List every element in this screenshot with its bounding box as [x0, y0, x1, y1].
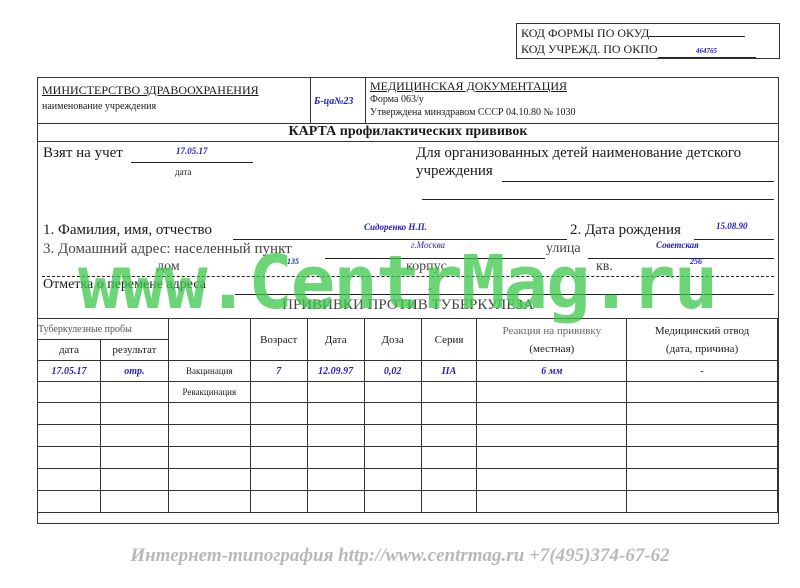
vaccination-table: Туберкулезные пробы Возраст Дата Доза Се… — [37, 318, 778, 513]
cell-exemption[interactable] — [627, 382, 778, 403]
cell-exemption[interactable]: - — [627, 361, 778, 382]
cell-series[interactable] — [421, 447, 477, 469]
address-label: 3. Домашний адрес: населенный пункт — [43, 241, 292, 258]
cell-age[interactable] — [250, 447, 307, 469]
cell-date[interactable] — [38, 425, 101, 447]
cell-series[interactable] — [421, 469, 477, 491]
form-code-box: КОД ФОРМЫ ПО ОКУД КОД УЧРЕЖД. ПО ОКПО464… — [516, 23, 780, 59]
building-label: корпус — [406, 259, 447, 275]
okud-row: КОД ФОРМЫ ПО ОКУД — [521, 26, 745, 41]
okpo-field[interactable]: 464765 — [658, 42, 756, 58]
date-header: дата — [38, 340, 101, 361]
street-value: Советская — [656, 240, 699, 250]
cell-dose[interactable]: 0,02 — [364, 361, 421, 382]
section-title: ПРИВИВКИ ПРОТИВ ТУБЕРКУЛЕЗА — [0, 297, 800, 314]
cell-dose[interactable] — [364, 469, 421, 491]
exemption-header-line1: Медицинский отвод — [627, 322, 777, 340]
cell-result[interactable] — [100, 425, 168, 447]
okud-label: КОД ФОРМЫ ПО ОКУД — [521, 26, 649, 40]
org-institution-field-2[interactable] — [422, 183, 774, 200]
fio-label: 1. Фамилия, имя, отчество — [43, 222, 212, 239]
okud-field[interactable] — [649, 36, 745, 37]
org-children-label-2: учреждения — [416, 163, 493, 180]
cell-vdate[interactable] — [307, 425, 364, 447]
divider — [310, 77, 311, 123]
dob-value: 15.08.90 — [716, 221, 748, 231]
dob-label: 2. Дата рождения — [570, 222, 681, 239]
cell-reaction[interactable]: 6 мм — [477, 361, 627, 382]
apt-label: кв. — [596, 259, 613, 275]
institution-value: Б-ца№23 — [314, 96, 353, 107]
cell-type[interactable] — [168, 403, 250, 425]
ministry-name: МИНИСТЕРСТВО ЗДРАВООХРАНЕНИЯ — [42, 83, 259, 98]
cell-result[interactable] — [100, 469, 168, 491]
exemption-header: Медицинский отвод(дата, причина) — [627, 319, 778, 361]
cell-reaction[interactable] — [477, 403, 627, 425]
registered-label: Взят на учет — [43, 145, 123, 162]
okpo-row: КОД УЧРЕЖД. ПО ОКПО464765 — [521, 42, 756, 58]
cell-result[interactable] — [100, 447, 168, 469]
cell-reaction[interactable] — [477, 469, 627, 491]
cell-date[interactable] — [38, 491, 101, 513]
cell-date[interactable]: 17.05.17 — [38, 361, 101, 382]
registered-value: 17.05.17 — [176, 146, 208, 156]
cell-date[interactable] — [38, 447, 101, 469]
cell-dose[interactable] — [364, 447, 421, 469]
cell-reaction[interactable] — [477, 425, 627, 447]
cell-series[interactable] — [421, 403, 477, 425]
result-header: результат — [100, 340, 168, 361]
cell-result[interactable]: отр. — [100, 361, 168, 382]
table-row — [38, 469, 778, 491]
house-label: дом — [157, 259, 180, 275]
dose-header: Доза — [364, 319, 421, 361]
reaction-header-line2: (местная) — [477, 340, 626, 358]
cell-vdate[interactable] — [307, 382, 364, 403]
tb-tests-header: Туберкулезные пробы — [38, 319, 169, 340]
age-header: Возраст — [250, 319, 307, 361]
okpo-label: КОД УЧРЕЖД. ПО ОКПО — [521, 42, 658, 56]
cell-result[interactable] — [100, 382, 168, 403]
table-row — [38, 403, 778, 425]
table-row: 17.05.17отр.Вакцинация712.09.970,02IIA6 … — [38, 361, 778, 382]
cell-series[interactable]: IIA — [421, 361, 477, 382]
table-header-row: Туберкулезные пробы Возраст Дата Доза Се… — [38, 319, 778, 340]
org-institution-field[interactable] — [502, 163, 774, 182]
cell-series[interactable] — [421, 382, 477, 403]
house-value[interactable]: 135 — [287, 257, 299, 266]
cell-exemption[interactable] — [627, 469, 778, 491]
cell-vdate[interactable]: 12.09.97 — [307, 361, 364, 382]
cell-dose[interactable] — [364, 382, 421, 403]
approval-text: Утверждена минздравом СССР 04.10.80 № 10… — [370, 107, 576, 118]
address-change-field[interactable] — [235, 277, 774, 295]
cell-date[interactable] — [38, 469, 101, 491]
table-row — [38, 447, 778, 469]
table-row — [38, 491, 778, 513]
fio-value: Сидоренко Н.П. — [364, 222, 427, 232]
series-header: Серия — [421, 319, 477, 361]
cell-type[interactable] — [168, 469, 250, 491]
cell-exemption[interactable] — [627, 425, 778, 447]
cell-vdate[interactable] — [307, 447, 364, 469]
form-number: Форма 063/у — [370, 94, 424, 105]
cell-dose[interactable] — [364, 425, 421, 447]
building-value: - — [428, 281, 432, 296]
cell-date[interactable] — [38, 382, 101, 403]
exemption-header-line2: (дата, причина) — [627, 340, 777, 358]
institution-label: наименование учреждения — [42, 101, 156, 112]
okpo-value: 464765 — [696, 47, 717, 55]
cell-series[interactable] — [421, 491, 477, 513]
divider — [365, 77, 366, 123]
cell-age[interactable] — [250, 491, 307, 513]
cell-exemption[interactable] — [627, 447, 778, 469]
registered-sub: дата — [175, 167, 191, 177]
divider — [37, 141, 779, 142]
cell-result[interactable] — [100, 491, 168, 513]
street-label: улица — [546, 241, 581, 257]
cell-dose[interactable] — [364, 403, 421, 425]
apt-value[interactable]: 256 — [690, 257, 702, 266]
cell-age[interactable] — [250, 403, 307, 425]
cell-dose[interactable] — [364, 491, 421, 513]
cell-vdate[interactable] — [307, 469, 364, 491]
cell-series[interactable] — [421, 425, 477, 447]
cell-exemption[interactable] — [627, 403, 778, 425]
cell-result[interactable] — [100, 403, 168, 425]
table-row: Ревакцинация — [38, 382, 778, 403]
cell-vdate[interactable] — [307, 491, 364, 513]
table-row — [38, 425, 778, 447]
cell-age[interactable] — [250, 382, 307, 403]
reaction-header-line1: Реакция на прививку — [477, 322, 626, 340]
cell-type[interactable]: Ревакцинация — [168, 382, 250, 403]
cell-exemption[interactable] — [627, 491, 778, 513]
address-change-label: Отметка о перемене адреса — [43, 277, 206, 293]
cell-reaction[interactable] — [477, 491, 627, 513]
type-header — [168, 319, 250, 361]
cell-age[interactable] — [250, 425, 307, 447]
reaction-header: Реакция на прививку(местная) — [477, 319, 627, 361]
med-doc-title: МЕДИЦИНСКАЯ ДОКУМЕНТАЦИЯ — [370, 79, 567, 94]
cell-reaction[interactable] — [477, 447, 627, 469]
cell-type[interactable] — [168, 447, 250, 469]
footer-text: Интернет-типография http://www.centrmag.… — [0, 545, 800, 567]
cell-age[interactable] — [250, 469, 307, 491]
vdate-header: Дата — [307, 319, 364, 361]
city-value: г.Москва — [411, 240, 445, 250]
card-title: КАРТА профилактических прививок — [0, 124, 800, 140]
cell-type[interactable] — [168, 491, 250, 513]
cell-type[interactable] — [168, 425, 250, 447]
cell-date[interactable] — [38, 403, 101, 425]
org-children-label: Для организованных детей наименование де… — [416, 145, 741, 162]
cell-reaction[interactable] — [477, 382, 627, 403]
cell-age[interactable]: 7 — [250, 361, 307, 382]
cell-vdate[interactable] — [307, 403, 364, 425]
cell-type[interactable]: Вакцинация — [168, 361, 250, 382]
